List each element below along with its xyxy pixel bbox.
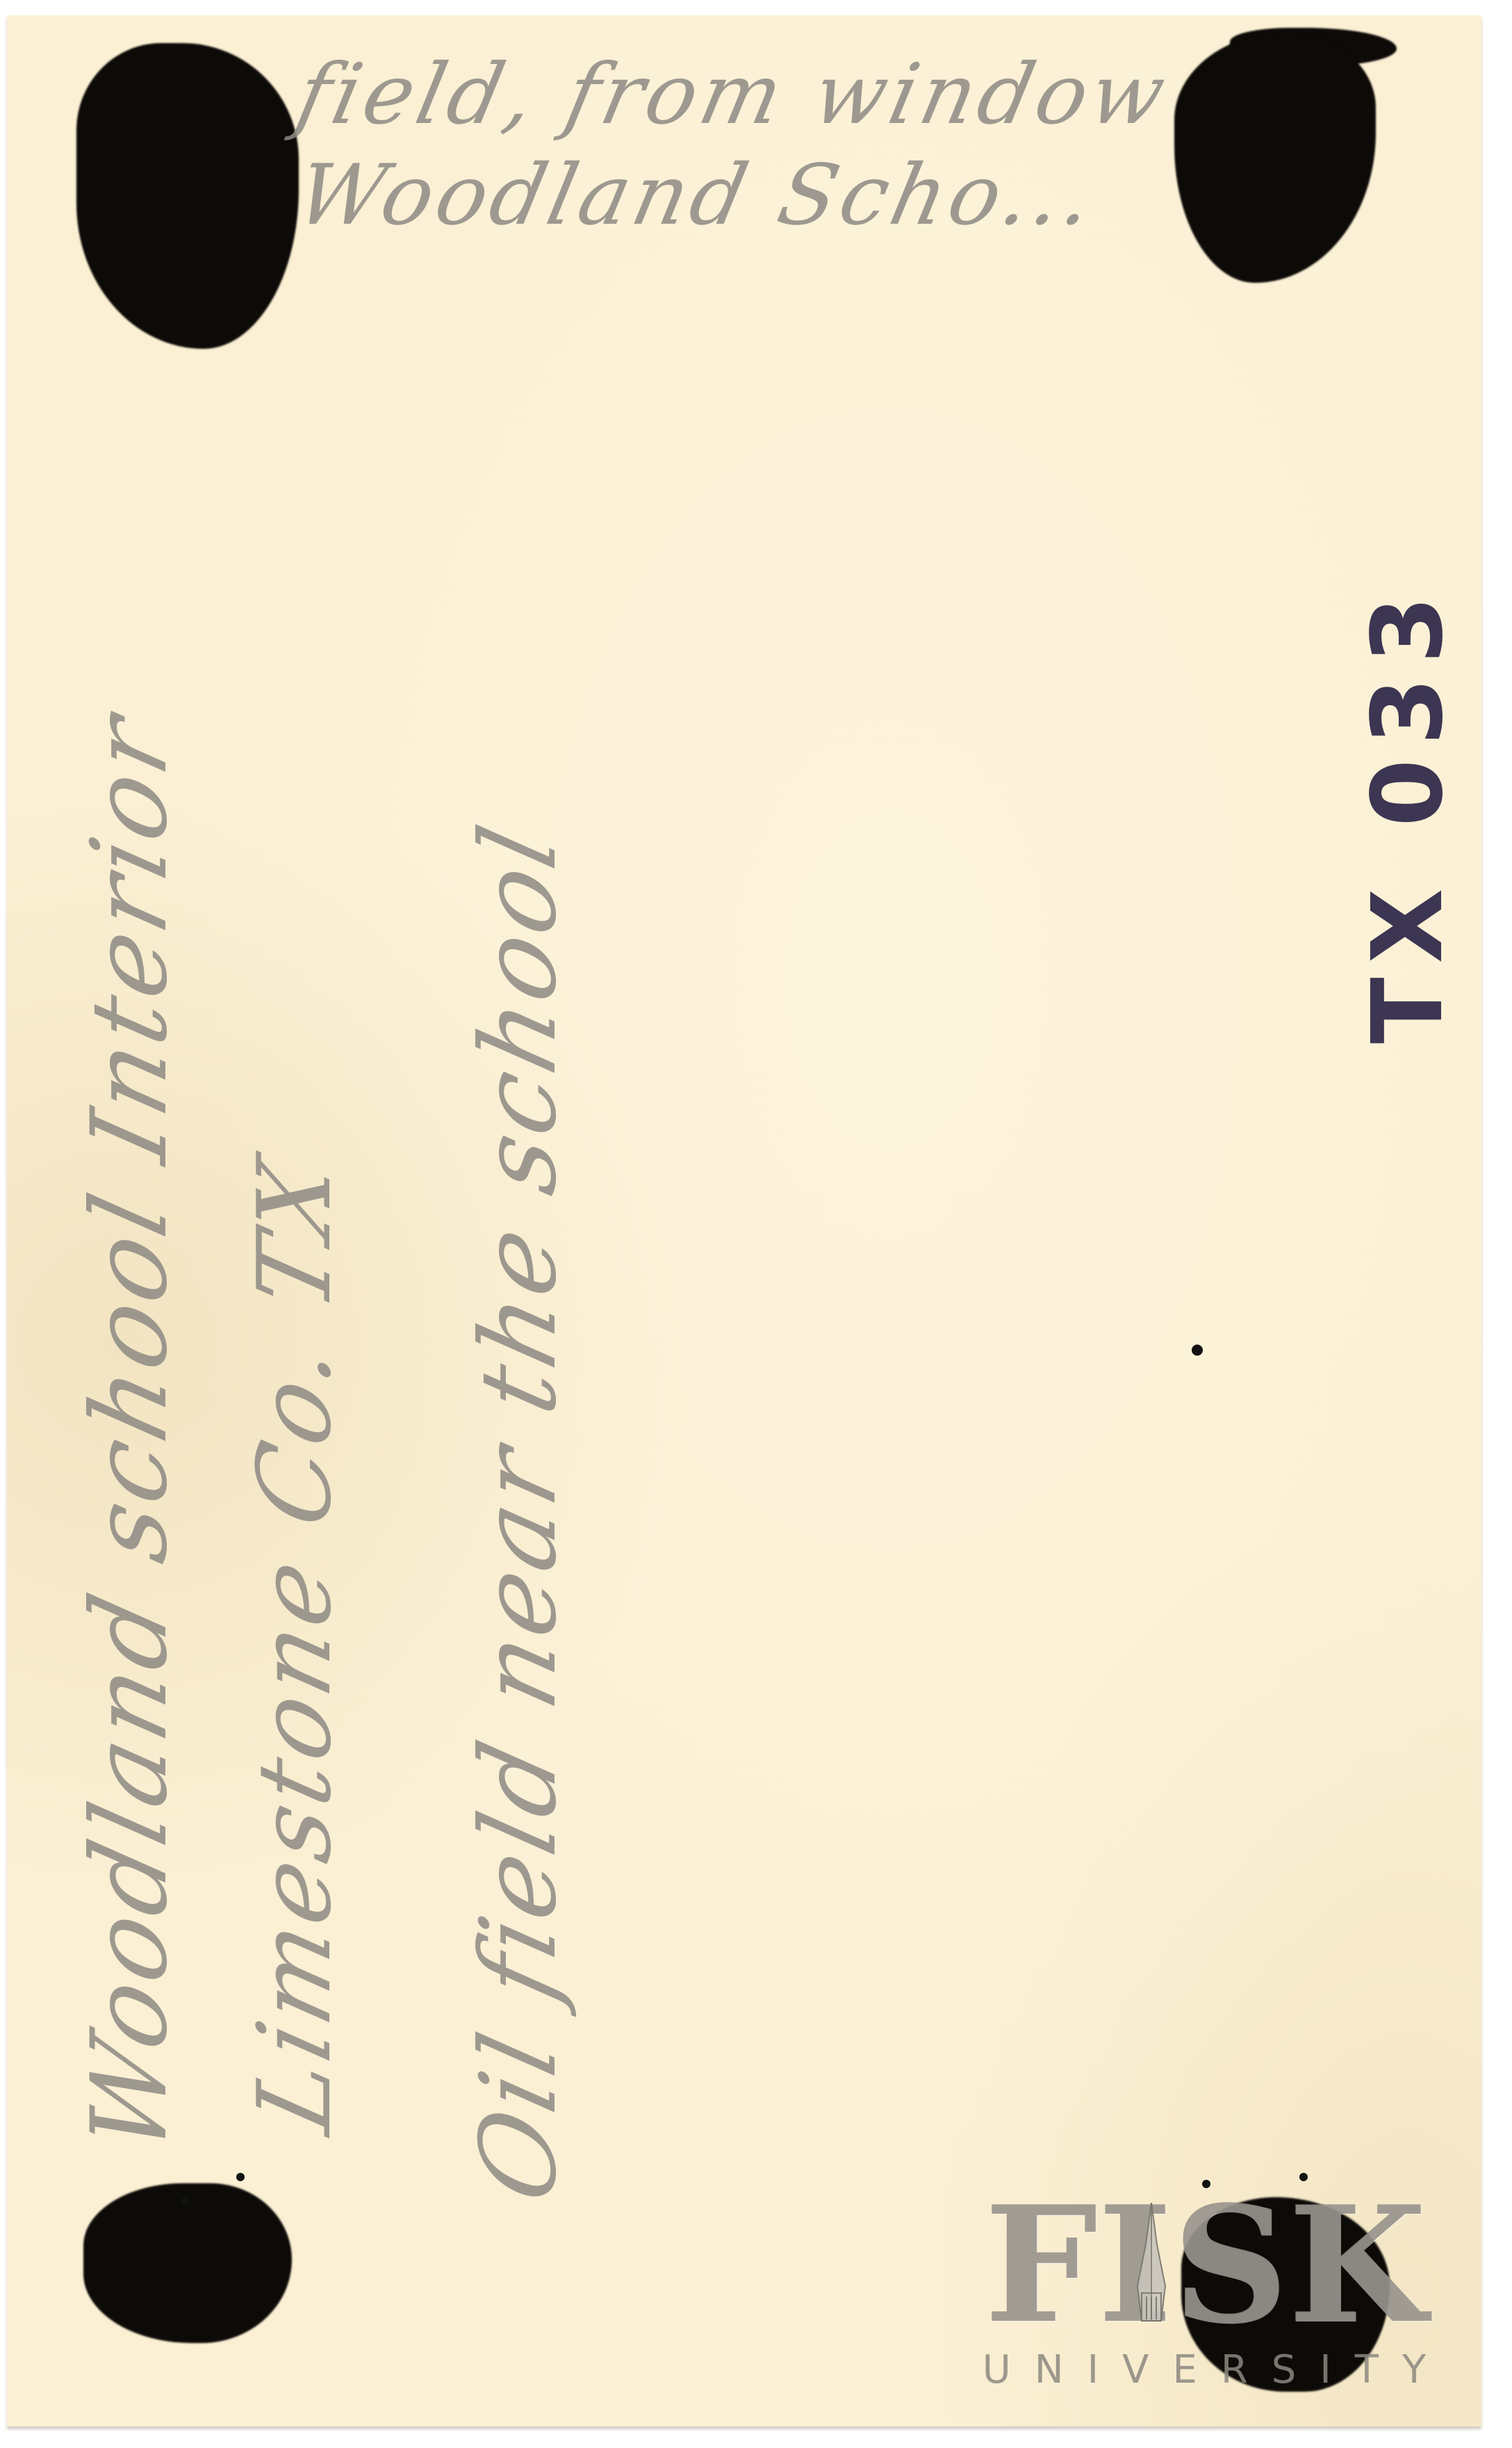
adhesive-residue-bottom-left — [83, 2183, 292, 2343]
top-annotation-line-1: field, from window — [288, 47, 1177, 143]
bell-tower-icon — [1131, 2203, 1172, 2335]
caption-line-1: Woodland school Interior — [69, 701, 190, 2164]
adhesive-residue-top-left — [76, 43, 299, 349]
top-annotation-line-2: Woodland Scho... — [288, 147, 1105, 244]
caption-line-3: Oil field near the school — [459, 812, 580, 2214]
adhesive-residue-top-right — [1174, 33, 1376, 283]
photo-back-card: field, from window Woodland Scho... Wood… — [7, 15, 1481, 2426]
ink-dot — [1192, 1345, 1203, 1356]
catalog-number: TX 033 — [1351, 582, 1465, 1044]
watermark-subtitle: UNIVERSITY — [955, 2347, 1456, 2392]
fisk-university-watermark: FISK UNIVERSITY — [955, 2196, 1456, 2392]
residue-speck — [181, 2197, 189, 2205]
residue-speck — [236, 2173, 245, 2181]
watermark-name: FISK — [955, 2196, 1456, 2335]
caption-line-2: Limestone Co. TX — [236, 1144, 354, 2143]
